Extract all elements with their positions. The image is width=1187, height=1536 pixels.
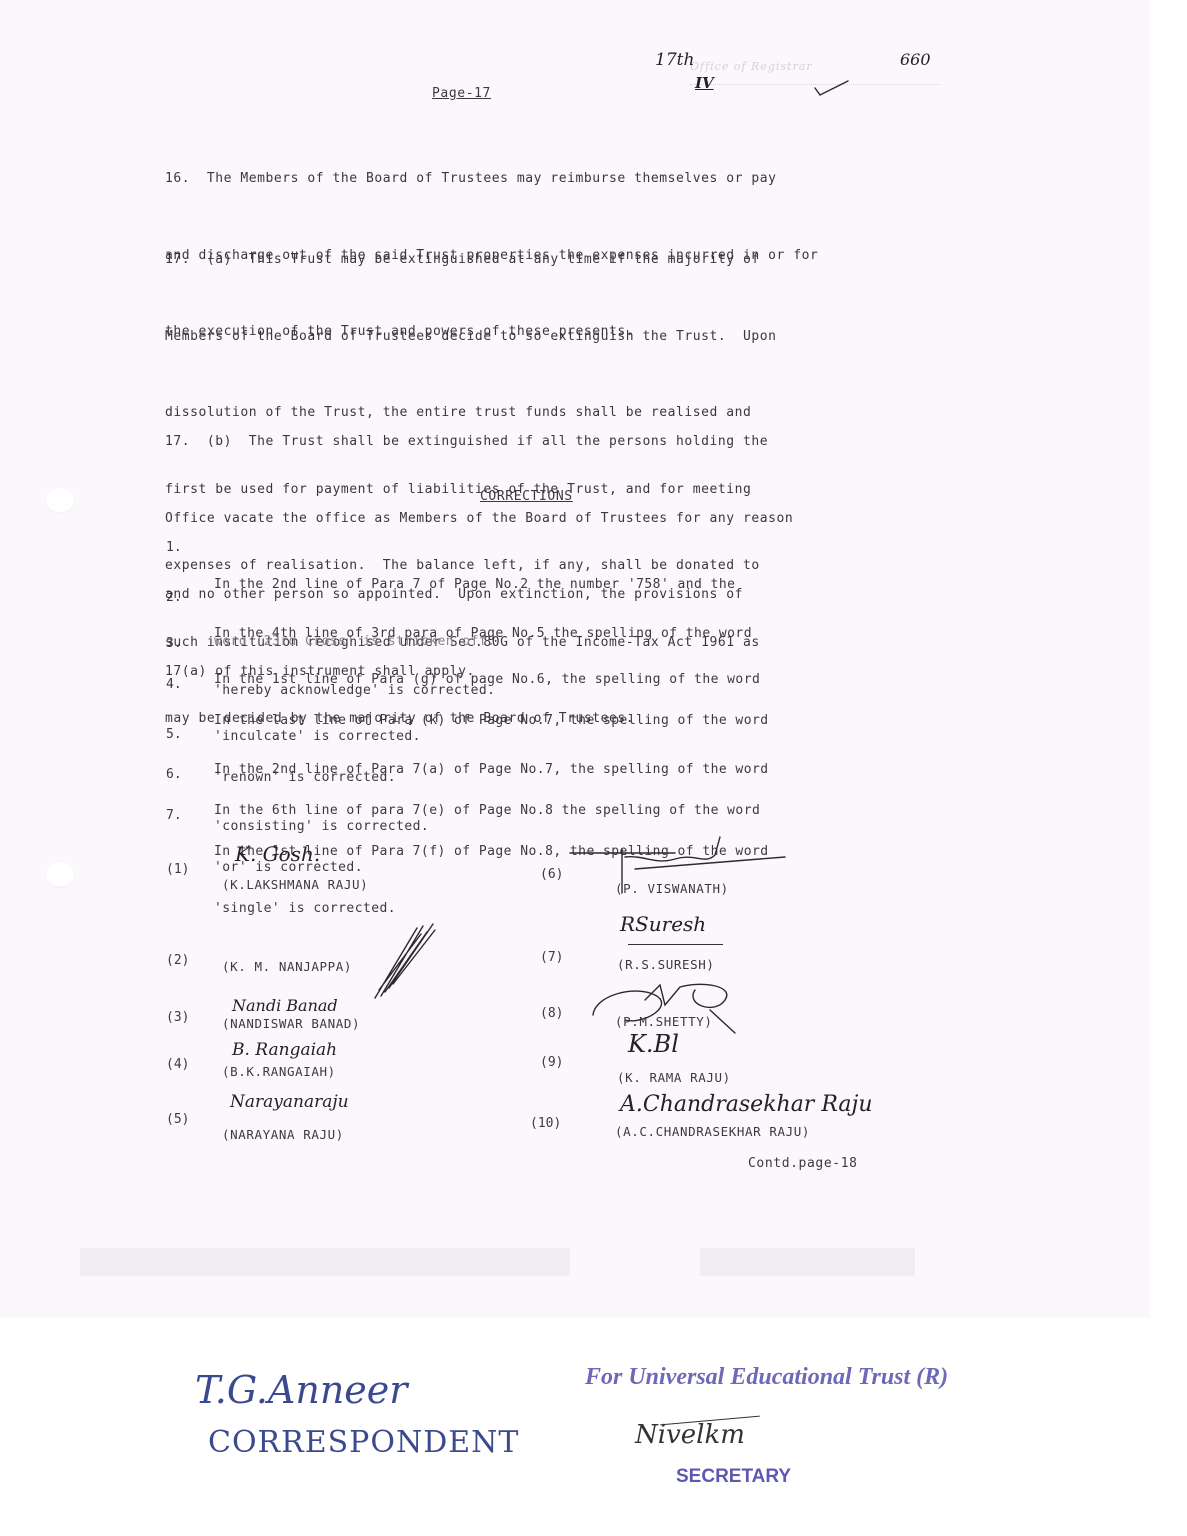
signature-4: B. Rangaiah <box>232 1040 337 1060</box>
signatory-number: (5) <box>166 1112 189 1127</box>
correction-number: 4. <box>166 677 182 692</box>
page-title: Page-17 <box>432 86 491 101</box>
document-page: Office of Registrar 17th IV 660 Page-17 … <box>0 0 1150 1318</box>
faint-printed-band <box>80 1248 570 1276</box>
signatory-name: (K. RAMA RAJU) <box>617 1070 731 1085</box>
punch-hole-top <box>45 488 75 514</box>
corrections-heading: CORRECTIONS <box>480 489 573 504</box>
signatory-number: (6) <box>540 867 563 882</box>
signatory-name: (NANDISWAR BANAD) <box>222 1016 360 1031</box>
signatory-number: (1) <box>166 862 189 877</box>
signatory-number: (9) <box>540 1055 563 1070</box>
continued-note: Contd.page-18 <box>748 1156 858 1171</box>
signatory-name: (B.K.RANGAIAH) <box>222 1064 336 1079</box>
signatory-number: (7) <box>540 950 563 965</box>
signatory-number: (10) <box>530 1116 561 1131</box>
correction-number: 5. <box>166 727 182 742</box>
signature-1: K. Gosh. <box>235 842 320 866</box>
signatory-name: (A.C.CHANDRASEKHAR RAJU) <box>615 1124 810 1139</box>
correction-number: 2. <box>166 590 182 605</box>
signatory-number: (8) <box>540 1006 563 1021</box>
signatory-number: (4) <box>166 1057 189 1072</box>
correction-number: 6. <box>166 767 182 782</box>
correction-number: 7. <box>166 808 182 823</box>
signature-9: K.Bl <box>628 1030 679 1058</box>
signature-7-underline <box>628 944 723 945</box>
signatory-name: (P. VISWANATH) <box>615 881 729 896</box>
signature-10: A.Chandrasekhar Raju <box>620 1092 873 1117</box>
handwritten-number: 660 <box>900 50 931 69</box>
correction-number: 1. <box>166 540 182 555</box>
signature-3: Nandi Banad <box>232 996 338 1015</box>
signatory-number: (2) <box>166 953 189 968</box>
correspondent-signature: T.G.Anneer <box>195 1368 407 1412</box>
checkmark-icon <box>812 78 852 98</box>
signatory-name: (R.S.SURESH) <box>617 957 715 972</box>
correction-number: 3. <box>166 636 182 651</box>
secretary-signature: Nivelkm <box>635 1420 745 1450</box>
trust-stamp: For Universal Educational Trust (R) <box>585 1364 948 1391</box>
signatory-number: (3) <box>166 1010 189 1025</box>
handwritten-page-ref: 17th <box>655 50 694 70</box>
secretary-title: SECRETARY <box>676 1466 791 1488</box>
signature-2-scribble <box>355 918 445 1003</box>
punch-hole-bottom <box>45 862 75 888</box>
correspondent-title: CORRESPONDENT <box>208 1425 519 1460</box>
faint-printed-band <box>700 1248 915 1276</box>
signatory-name: (NARAYANA RAJU) <box>222 1127 344 1142</box>
signatory-name: (K. M. NANJAPPA) <box>222 959 352 974</box>
handwritten-volume: IV <box>695 74 714 92</box>
signature-5: Narayanaraju <box>230 1092 349 1112</box>
signature-7: RSuresh <box>620 912 706 936</box>
signatory-name: (K.LAKSHMANA RAJU) <box>222 877 368 892</box>
signatory-name: (P.M.SHETTY) <box>615 1014 713 1029</box>
